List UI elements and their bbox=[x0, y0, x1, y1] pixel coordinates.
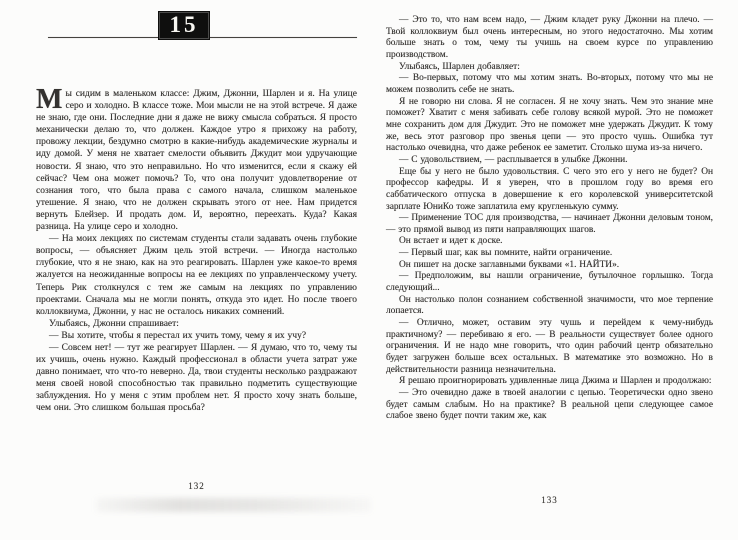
scan-smudge bbox=[96, 498, 371, 512]
paragraph: Еще бы у него не было удовольствия. С че… bbox=[386, 167, 713, 214]
page-number-left: 132 bbox=[36, 481, 357, 491]
left-page: 15 Мы сидим в маленьком классе: Джим, Дж… bbox=[36, 0, 357, 540]
page-number-right: 133 bbox=[386, 495, 713, 505]
paragraph: Он пишет на доске заглавными буквами «1.… bbox=[386, 260, 713, 272]
paragraph: Он встает и идет к доске. bbox=[386, 236, 713, 248]
paragraph: Я решаю проигнорировать удивленные лица … bbox=[386, 376, 713, 388]
dropcap-letter: М bbox=[36, 89, 65, 111]
paragraph: — На моих лекциях по системам студенты с… bbox=[36, 233, 357, 318]
paragraph: — Вы хотите, чтобы я перестал их учить т… bbox=[36, 330, 357, 342]
paragraph-text: ы сидим в маленьком классе: Джим, Джонни… bbox=[36, 89, 357, 232]
paragraph: — Предположим, вы нашли ограничение, бут… bbox=[386, 271, 713, 294]
paragraph: — С удовольствием, — расплывается в улыб… bbox=[386, 155, 713, 167]
right-page-text: — Это то, что нам всем надо, — Джим клад… bbox=[386, 15, 713, 423]
paragraph: — Это то, что нам всем надо, — Джим клад… bbox=[386, 15, 713, 62]
paragraph: — Во-первых, потому что мы хотим знать. … bbox=[386, 73, 713, 96]
paragraph: Улыбаясь, Шарлен добавляет: bbox=[386, 62, 713, 74]
paragraph: — Совсем нет! — тут же реагирует Шарлен.… bbox=[36, 342, 357, 415]
paragraph: — Это очевидно даже в твоей аналогии с ц… bbox=[386, 388, 713, 423]
paragraph: — Отлично, может, оставим эту чушь и пер… bbox=[386, 318, 713, 376]
paragraph: Мы сидим в маленьком классе: Джим, Джонн… bbox=[36, 88, 357, 233]
chapter-number-badge: 15 bbox=[158, 11, 210, 40]
paragraph: — Применение ТОС для производства, — нач… bbox=[386, 213, 713, 236]
paragraph: — Первый шаг, как вы помните, найти огра… bbox=[386, 248, 713, 260]
right-page: — Это то, что нам всем надо, — Джим клад… bbox=[386, 0, 713, 540]
book-spread: 15 Мы сидим в маленьком классе: Джим, Дж… bbox=[0, 0, 738, 540]
paragraph: Я не говорю ни слова. Я не согласен. Я н… bbox=[386, 97, 713, 155]
paragraph: Он настолько полон сознанием собственной… bbox=[386, 295, 713, 318]
paragraph: Улыбаясь, Джонни спрашивает: bbox=[36, 318, 357, 330]
left-page-text: Мы сидим в маленьком классе: Джим, Джонн… bbox=[36, 88, 357, 415]
